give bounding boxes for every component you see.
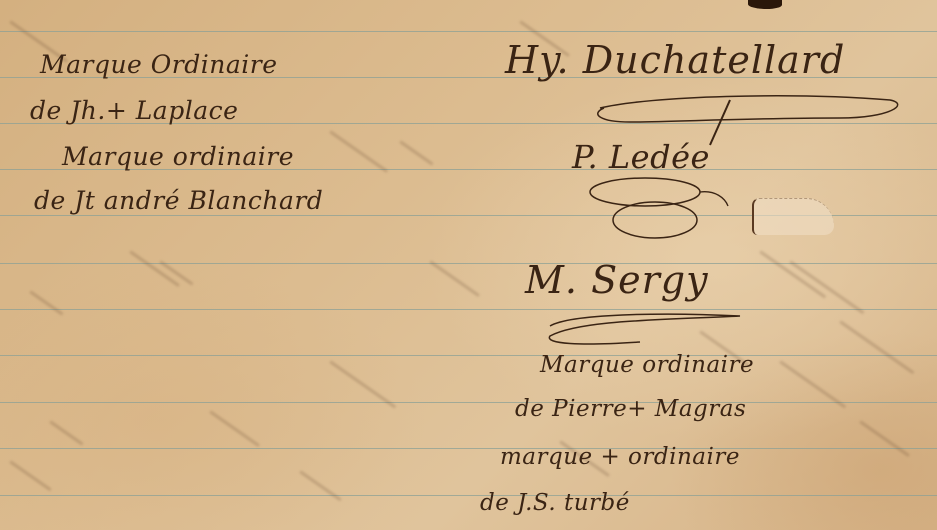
signature-flourish	[580, 172, 730, 252]
ink-bleed-mark	[329, 130, 388, 173]
ink-bleed-mark	[789, 260, 864, 314]
entry-blanchard-line2: de Jt andré Blanchard	[34, 186, 323, 215]
entry-laplace-line2: de Jh.+ Laplace	[30, 96, 238, 125]
signature-duchatellard: Hy. Duchatellard	[505, 38, 845, 82]
ruled-line	[0, 309, 937, 310]
entry-magras-line1: Marque ordinaire	[540, 352, 754, 378]
ink-bleed-mark	[49, 420, 83, 445]
ruled-line	[0, 31, 937, 32]
ink-bleed-mark	[29, 290, 63, 315]
entry-magras-line2: de Pierre+ Magras	[515, 396, 746, 422]
ruled-line	[0, 495, 937, 496]
document-page: Marque Ordinaire de Jh.+ Laplace Marque …	[0, 0, 937, 530]
entry-turbe-line2: de J.S. turbé	[480, 490, 630, 516]
signature-sergy: M. Sergy	[525, 258, 709, 302]
ruled-line	[0, 402, 937, 403]
ruled-line	[0, 355, 937, 356]
ink-blot	[748, 0, 782, 9]
ink-bleed-mark	[429, 260, 480, 297]
ink-bleed-mark	[9, 460, 52, 491]
ink-bleed-mark	[299, 470, 342, 501]
signature-flourish	[540, 310, 760, 350]
ink-bleed-mark	[839, 320, 914, 374]
entry-laplace-line1: Marque Ordinaire	[40, 50, 278, 79]
ink-bleed-mark	[209, 410, 260, 447]
ink-bleed-mark	[759, 250, 826, 298]
signature-ledee: P. Ledée	[572, 138, 710, 176]
ink-bleed-mark	[399, 140, 433, 165]
paper-damage	[752, 198, 834, 235]
entry-blanchard-line1: Marque ordinaire	[62, 142, 294, 171]
ink-bleed-mark	[859, 420, 910, 457]
entry-turbe-line1: marque + ordinaire	[500, 444, 740, 470]
ruled-line	[0, 448, 937, 449]
